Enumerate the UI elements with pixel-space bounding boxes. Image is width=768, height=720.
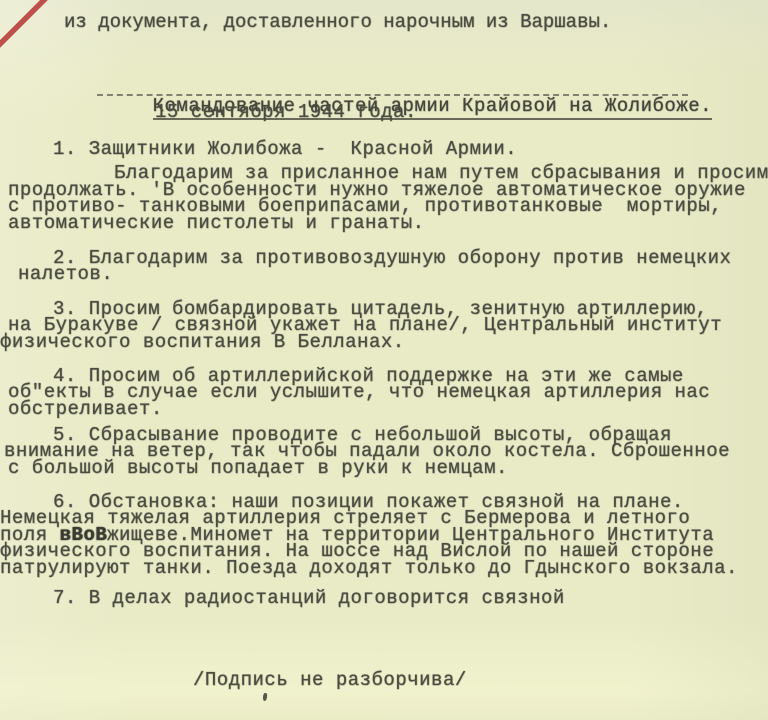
document-paragraph-4: 4. Просим об артиллерийской поддержке на…: [0, 368, 768, 417]
document-paragraph-1: 1. Защитники Жолибожа - Красной Армии.Бл…: [0, 141, 768, 231]
document-paragraph-2: 2. Благодарим за противовоздушную оборон…: [0, 250, 768, 283]
document-line: с большой высоты попадает в руки к немца…: [0, 460, 768, 476]
document-line: физического воспитания В Белланах.: [0, 334, 768, 350]
document-paragraph-6: 6. Обстановка: наши позиции покажет связ…: [0, 494, 768, 576]
signature-note: /Подпись не разборчива/: [193, 669, 467, 691]
document-line: 2. Благодарим за противовоздушную оборон…: [0, 250, 768, 266]
document-paragraph-5: 5. Сбрасывание проводите с небольшой выс…: [0, 427, 768, 476]
ink-dot: [262, 693, 267, 701]
document-line: обстреливает.: [0, 401, 768, 417]
document-paragraph-3: 3. Просим бомбардировать цитадель, зенит…: [0, 301, 768, 350]
document-line: 1. Защитники Жолибожа - Красной Армии.: [0, 141, 768, 157]
document-page: из документа, доставленного нарочным из …: [0, 0, 768, 720]
document-intro-line: из документа, доставленного нарочным из …: [64, 11, 611, 33]
document-paragraph-7: 7. В делах радиостанций договорится связ…: [0, 590, 768, 606]
document-line: 7. В делах радиостанций договорится связ…: [0, 590, 768, 606]
document-line: автоматические пистолеты и гранаты.: [0, 215, 768, 231]
document-line: патрулируют танки. Поезда доходят только…: [0, 560, 768, 576]
document-date: 15 сентября 1944 года.: [155, 101, 417, 123]
heading-underline: [97, 94, 688, 96]
